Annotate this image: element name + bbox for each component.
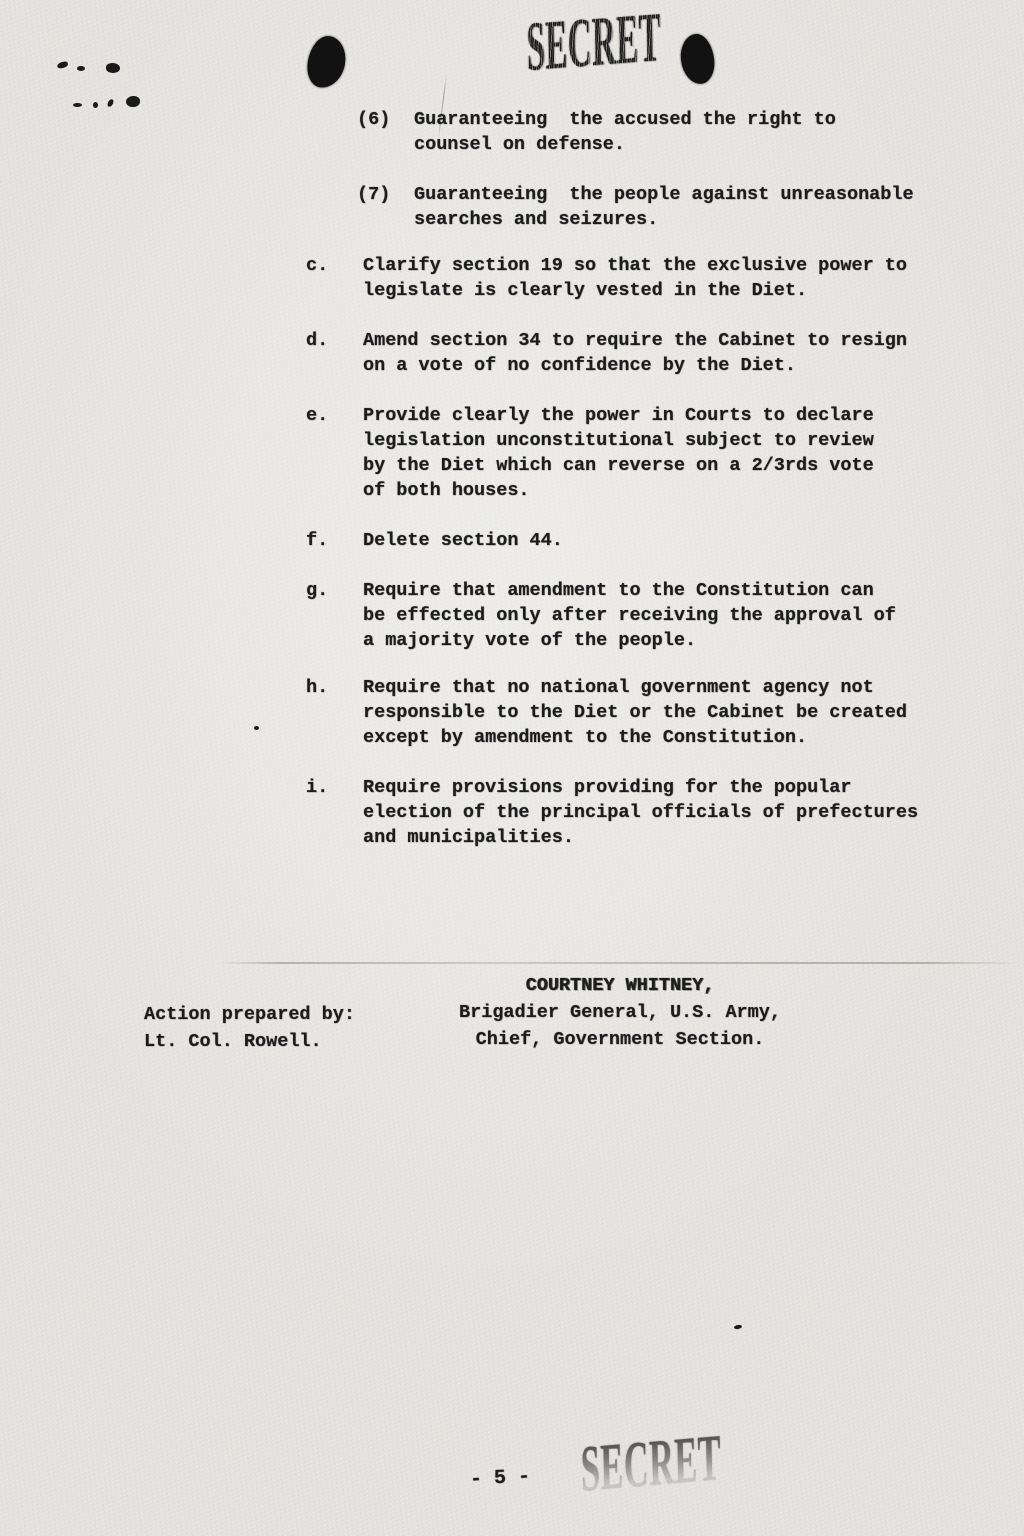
prepared-by-name: Lt. Col. Rowell. — [144, 1028, 355, 1055]
item-text: Delete section 44. — [363, 528, 563, 553]
item-text: Amend section 34 to require the Cabinet … — [363, 328, 907, 378]
item-label: g. — [306, 578, 363, 653]
item-label: (7) — [357, 182, 414, 232]
ink-speck — [254, 726, 259, 730]
item-label: h. — [306, 675, 363, 750]
signer-name: COURTNEY WHITNEY, — [420, 972, 820, 999]
list-item-7: (7) Guaranteeing the people against unre… — [357, 182, 914, 232]
ink-speck — [93, 102, 98, 108]
list-item-6: (6) Guaranteeing the accused the right t… — [357, 107, 836, 157]
item-label: i. — [306, 775, 363, 850]
item-label: (6) — [357, 107, 414, 157]
ink-speck — [77, 66, 85, 71]
list-item-e: e. Provide clearly the power in Courts t… — [306, 403, 874, 503]
list-item-h: h. Require that no national government a… — [306, 675, 907, 750]
signature-block: COURTNEY WHITNEY, Brigadier General, U.S… — [420, 972, 820, 1053]
ink-blob-right — [678, 32, 716, 85]
ink-speck — [106, 98, 114, 107]
item-text: Clarify section 19 so that the exclusive… — [363, 253, 907, 303]
item-text: Require that no national government agen… — [363, 675, 907, 750]
ink-blob-left — [304, 33, 349, 90]
fold-line — [218, 962, 1020, 964]
item-text: Guaranteeing the people against unreason… — [414, 182, 914, 232]
secret-stamp-bottom: SECRET — [580, 1420, 722, 1508]
list-item-d: d. Amend section 34 to require the Cabin… — [306, 328, 907, 378]
signer-role: Chief, Government Section. — [420, 1026, 820, 1053]
item-label: d. — [306, 328, 363, 378]
item-text: Require that amendment to the Constituti… — [363, 578, 896, 653]
scanned-document-page: SECRET (6) Guaranteeing the accused the … — [0, 0, 1024, 1536]
list-item-g: g. Require that amendment to the Constit… — [306, 578, 896, 653]
ink-speck — [56, 61, 68, 69]
item-label: f. — [306, 528, 363, 553]
ink-speck — [73, 103, 82, 107]
list-item-f: f. Delete section 44. — [306, 528, 563, 553]
ink-speck — [734, 1324, 743, 1329]
signer-title: Brigadier General, U.S. Army, — [420, 999, 820, 1026]
prepared-by-label: Action prepared by: — [144, 1001, 355, 1028]
item-text: Guaranteeing the accused the right to co… — [414, 107, 836, 157]
list-item-c: c. Clarify section 19 so that the exclus… — [306, 253, 907, 303]
ink-speck — [106, 63, 120, 73]
item-label: c. — [306, 253, 363, 303]
item-text: Provide clearly the power in Courts to d… — [363, 403, 874, 503]
item-label: e. — [306, 403, 363, 503]
ink-speck — [126, 96, 140, 107]
item-text: Require provisions providing for the pop… — [363, 775, 918, 850]
secret-stamp-top: SECRET — [526, 0, 662, 88]
prepared-by-block: Action prepared by: Lt. Col. Rowell. — [144, 1001, 355, 1055]
list-item-i: i. Require provisions providing for the … — [306, 775, 918, 850]
page-number: - 5 - — [454, 1464, 545, 1494]
